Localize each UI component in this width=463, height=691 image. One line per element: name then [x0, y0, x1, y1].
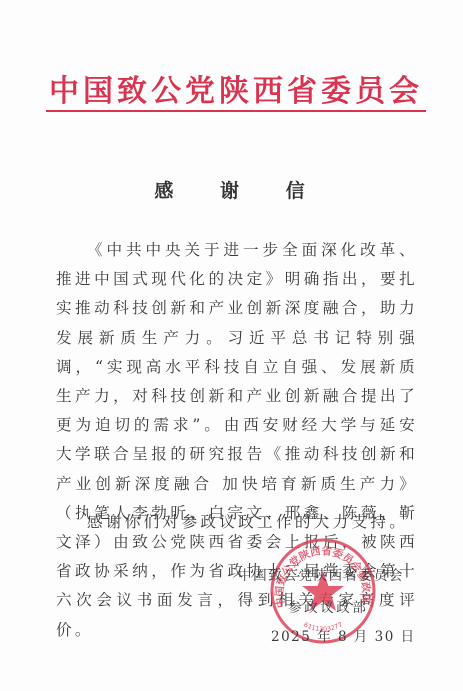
thanks-paragraph: 感谢你们对参政议政工作的大力支持。: [56, 508, 418, 537]
letterhead-organization: 中国致公党陕西省委员会: [46, 74, 426, 110]
signature-organization: 中国致公党陕西省委员会: [238, 564, 404, 584]
signature-department: 参政议政部: [288, 596, 369, 616]
signature-date: 2025 年 8 月 30 日: [271, 625, 416, 645]
letterhead-rule: [46, 110, 426, 112]
letter-page: 中国致公党陕西省委员会 感 谢 信 《中共中央关于进一步全面深化改革、推进中国式…: [0, 0, 463, 691]
document-title: 感 谢 信: [0, 176, 463, 203]
